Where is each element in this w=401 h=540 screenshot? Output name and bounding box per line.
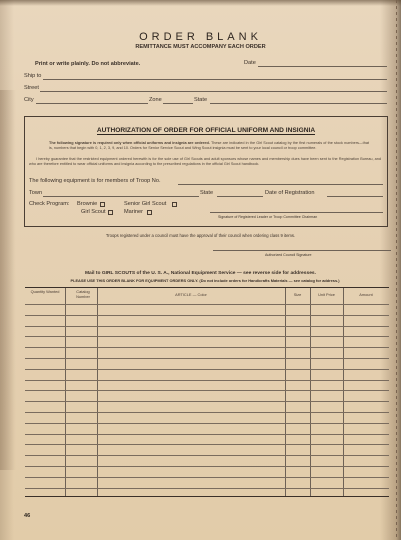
program-senior-label: Senior Girl Scout bbox=[124, 201, 166, 207]
instruction-text: Print or write plainly. Do not abbreviat… bbox=[35, 61, 140, 67]
table-row[interactable] bbox=[25, 466, 389, 467]
zone-label: Zone bbox=[149, 97, 162, 103]
authorization-paragraph-1: The following signature is required only… bbox=[49, 141, 369, 151]
table-row[interactable] bbox=[25, 401, 389, 402]
column-header-size: Size bbox=[285, 293, 310, 298]
table-row[interactable] bbox=[25, 455, 389, 456]
program-brownie-label: Brownie bbox=[77, 201, 97, 207]
street-label: Street bbox=[24, 85, 39, 91]
order-blank-page: ORDER BLANK REMITTANCE MUST ACCOMPANY EA… bbox=[0, 0, 401, 540]
table-row[interactable] bbox=[25, 412, 389, 413]
program-senior-checkbox[interactable] bbox=[172, 202, 177, 207]
page-top-shadow bbox=[0, 0, 401, 6]
ship-to-field[interactable] bbox=[43, 79, 387, 80]
city-field[interactable] bbox=[36, 103, 148, 104]
column-divider bbox=[310, 288, 311, 496]
column-divider bbox=[97, 288, 98, 496]
table-row[interactable] bbox=[25, 477, 389, 478]
column-divider bbox=[285, 288, 286, 496]
program-girl-scout-label: Girl Scout bbox=[81, 209, 106, 215]
town-field[interactable] bbox=[43, 196, 199, 197]
table-row[interactable] bbox=[25, 315, 389, 316]
table-row[interactable] bbox=[25, 488, 389, 489]
column-header-unit-price: Unit Price bbox=[310, 293, 343, 298]
table-row[interactable] bbox=[25, 347, 389, 348]
date-registration-label: Date of Registration bbox=[265, 190, 314, 196]
zone-field[interactable] bbox=[163, 103, 193, 104]
council-note: Troops registered under a council must h… bbox=[0, 233, 401, 238]
city-label: City bbox=[24, 97, 34, 103]
authorization-title: AUTHORIZATION OF ORDER FOR OFFICIAL UNIF… bbox=[25, 127, 387, 134]
page-fold-shadow bbox=[0, 90, 16, 470]
page-number: 46 bbox=[24, 513, 30, 519]
council-signature-field[interactable] bbox=[213, 250, 391, 251]
table-row[interactable] bbox=[25, 326, 389, 327]
table-row[interactable] bbox=[25, 304, 389, 305]
table-row[interactable] bbox=[25, 380, 389, 381]
perforated-edge bbox=[396, 0, 397, 540]
page-title: ORDER BLANK bbox=[0, 31, 401, 43]
column-divider bbox=[343, 288, 344, 496]
troop-number-field[interactable] bbox=[178, 184, 383, 185]
table-row[interactable] bbox=[25, 444, 389, 445]
column-divider bbox=[65, 288, 66, 496]
authorization-paragraph-2: I hereby guarantee that the restricted e… bbox=[29, 157, 381, 167]
date-field[interactable] bbox=[258, 66, 387, 67]
authorization-paragraph-1-bold: The following signature is required only… bbox=[49, 141, 210, 145]
page-subtitle: REMITTANCE MUST ACCOMPANY EACH ORDER bbox=[0, 44, 401, 50]
auth-state-label: State bbox=[200, 190, 213, 196]
column-header-amount: Amount bbox=[343, 293, 389, 298]
auth-state-field[interactable] bbox=[217, 196, 263, 197]
table-row[interactable] bbox=[25, 336, 389, 337]
program-girl-scout-checkbox[interactable] bbox=[108, 210, 113, 215]
leader-signature-field[interactable] bbox=[210, 212, 383, 213]
column-header-article: ARTICLE — Color bbox=[97, 293, 285, 298]
troop-number-label: The following equipment is for members o… bbox=[29, 178, 161, 184]
mail-to-text: Mail to GIRL SCOUTS of the U. S. A., Nat… bbox=[0, 271, 401, 276]
program-brownie-checkbox[interactable] bbox=[100, 202, 105, 207]
column-header-catalog: Catalog Number bbox=[69, 290, 97, 299]
table-row[interactable] bbox=[25, 390, 389, 391]
table-row[interactable] bbox=[25, 369, 389, 370]
town-label: Town bbox=[29, 190, 42, 196]
street-field[interactable] bbox=[40, 91, 387, 92]
table-row[interactable] bbox=[25, 434, 389, 435]
state-field[interactable] bbox=[210, 103, 387, 104]
council-signature-label: Authorized Council Signature bbox=[265, 253, 312, 257]
check-program-label: Check Program: bbox=[29, 201, 69, 207]
leader-signature-label: Signature of Registered Leader or Troop … bbox=[218, 215, 317, 219]
ship-to-label: Ship to bbox=[24, 73, 41, 79]
authorization-box: AUTHORIZATION OF ORDER FOR OFFICIAL UNIF… bbox=[24, 116, 388, 227]
date-registration-field[interactable] bbox=[327, 196, 383, 197]
equipment-only-note: PLEASE USE THIS ORDER BLANK FOR EQUIPMEN… bbox=[20, 278, 390, 283]
program-mariner-label: Mariner bbox=[124, 209, 143, 215]
date-label: Date bbox=[244, 60, 256, 66]
table-row[interactable] bbox=[25, 358, 389, 359]
state-label: State bbox=[194, 97, 207, 103]
program-mariner-checkbox[interactable] bbox=[147, 210, 152, 215]
order-table: Quantity Wanted Catalog Number ARTICLE —… bbox=[25, 287, 389, 497]
column-header-quantity: Quantity Wanted bbox=[25, 290, 65, 295]
table-row[interactable] bbox=[25, 423, 389, 424]
